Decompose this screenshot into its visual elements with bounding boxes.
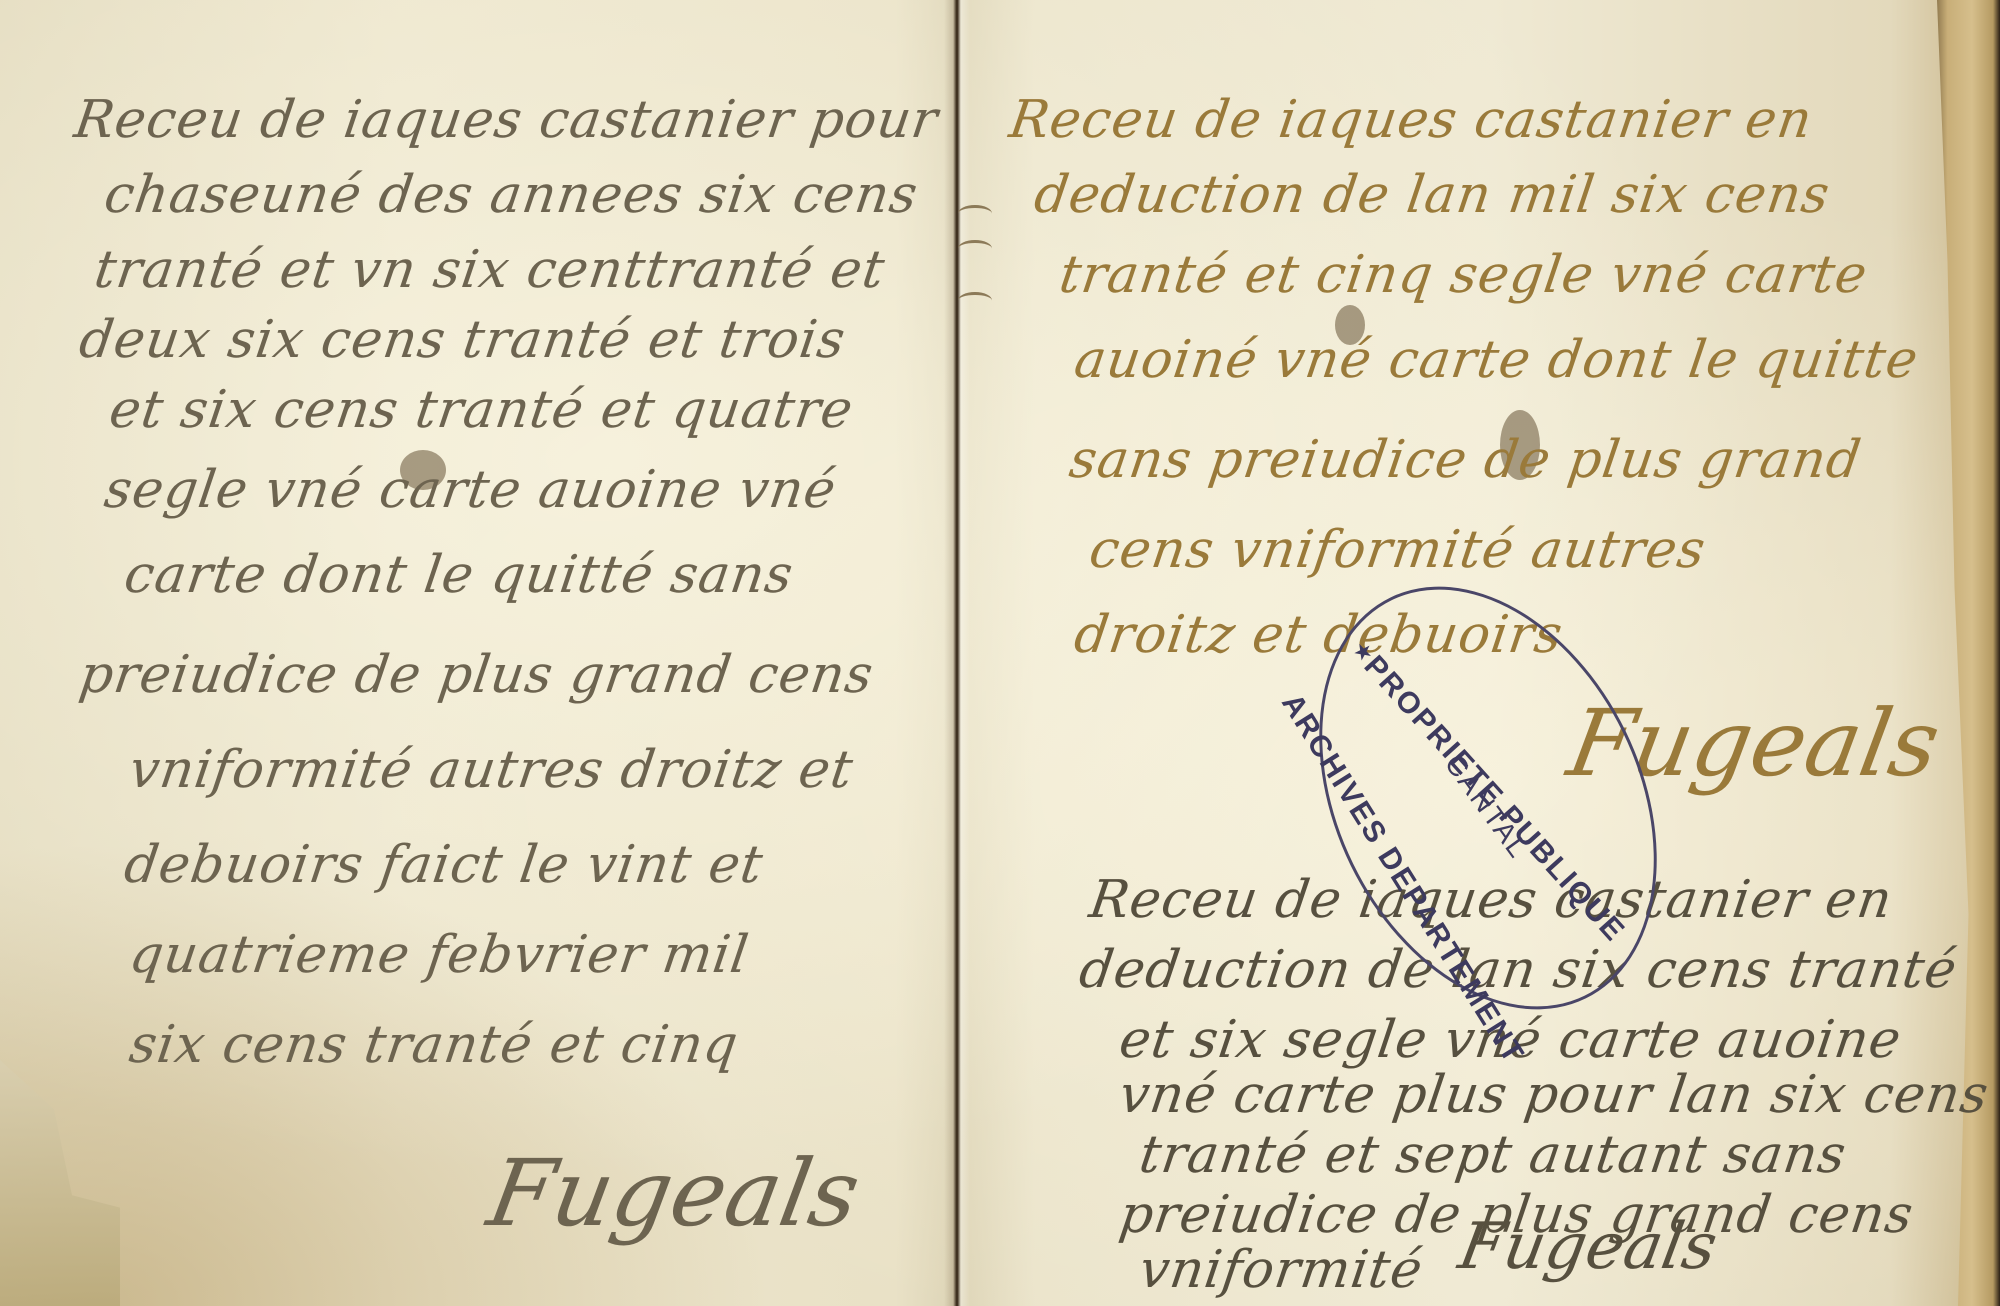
binding-spine	[944, 0, 970, 1306]
manuscript-line: sans preiudice de plus grand	[1066, 430, 1865, 490]
manuscript-line: tranté et vn six centtranté et	[91, 240, 889, 300]
manuscript-line: tranté et sept autant sans	[1136, 1125, 1850, 1185]
left-page: Receu de iaques castanier pour chaseuné …	[0, 0, 940, 1306]
manuscript-line: carte dont le quitté sans	[121, 545, 797, 605]
manuscript-line: six cens tranté et cinq	[126, 1015, 742, 1075]
manuscript-line: vniformité	[1136, 1240, 1427, 1300]
manuscript-line: auoiné vné carte dont le quitte	[1071, 330, 1922, 390]
manuscript-line: debuoirs faict le vint et	[121, 835, 767, 895]
signature: Fugeals	[481, 1140, 868, 1247]
manuscript-line: vné carte plus pour lan six cens	[1116, 1065, 1993, 1125]
manuscript-line: segle vné carte auoine vné	[101, 460, 840, 520]
manuscript-line: preiudice de plus grand cens	[76, 645, 878, 705]
manuscript-line: Receu de iaques castanier en	[1006, 90, 1817, 150]
binding-stitch	[958, 205, 992, 222]
binding-stitch	[958, 292, 992, 309]
manuscript-line: vniformité autres droitz et	[126, 740, 857, 800]
manuscript-line: et six cens tranté et quatre	[106, 380, 857, 440]
binding-stitch	[958, 240, 992, 257]
manuscript-line: Receu de iaques castanier pour	[71, 90, 942, 150]
manuscript-line: cens vniformité autres	[1086, 520, 1710, 580]
manuscript-line: chaseuné des annees six cens	[101, 165, 922, 225]
manuscript-line: deduction de lan mil six cens	[1031, 165, 1834, 225]
signature: Fugeals	[1453, 1210, 1722, 1284]
manuscript-line: quatrieme febvrier mil	[126, 925, 753, 985]
manuscript-line: tranté et cinq segle vné carte	[1056, 245, 1872, 305]
manuscript-line: deux six cens tranté et trois	[76, 310, 850, 370]
